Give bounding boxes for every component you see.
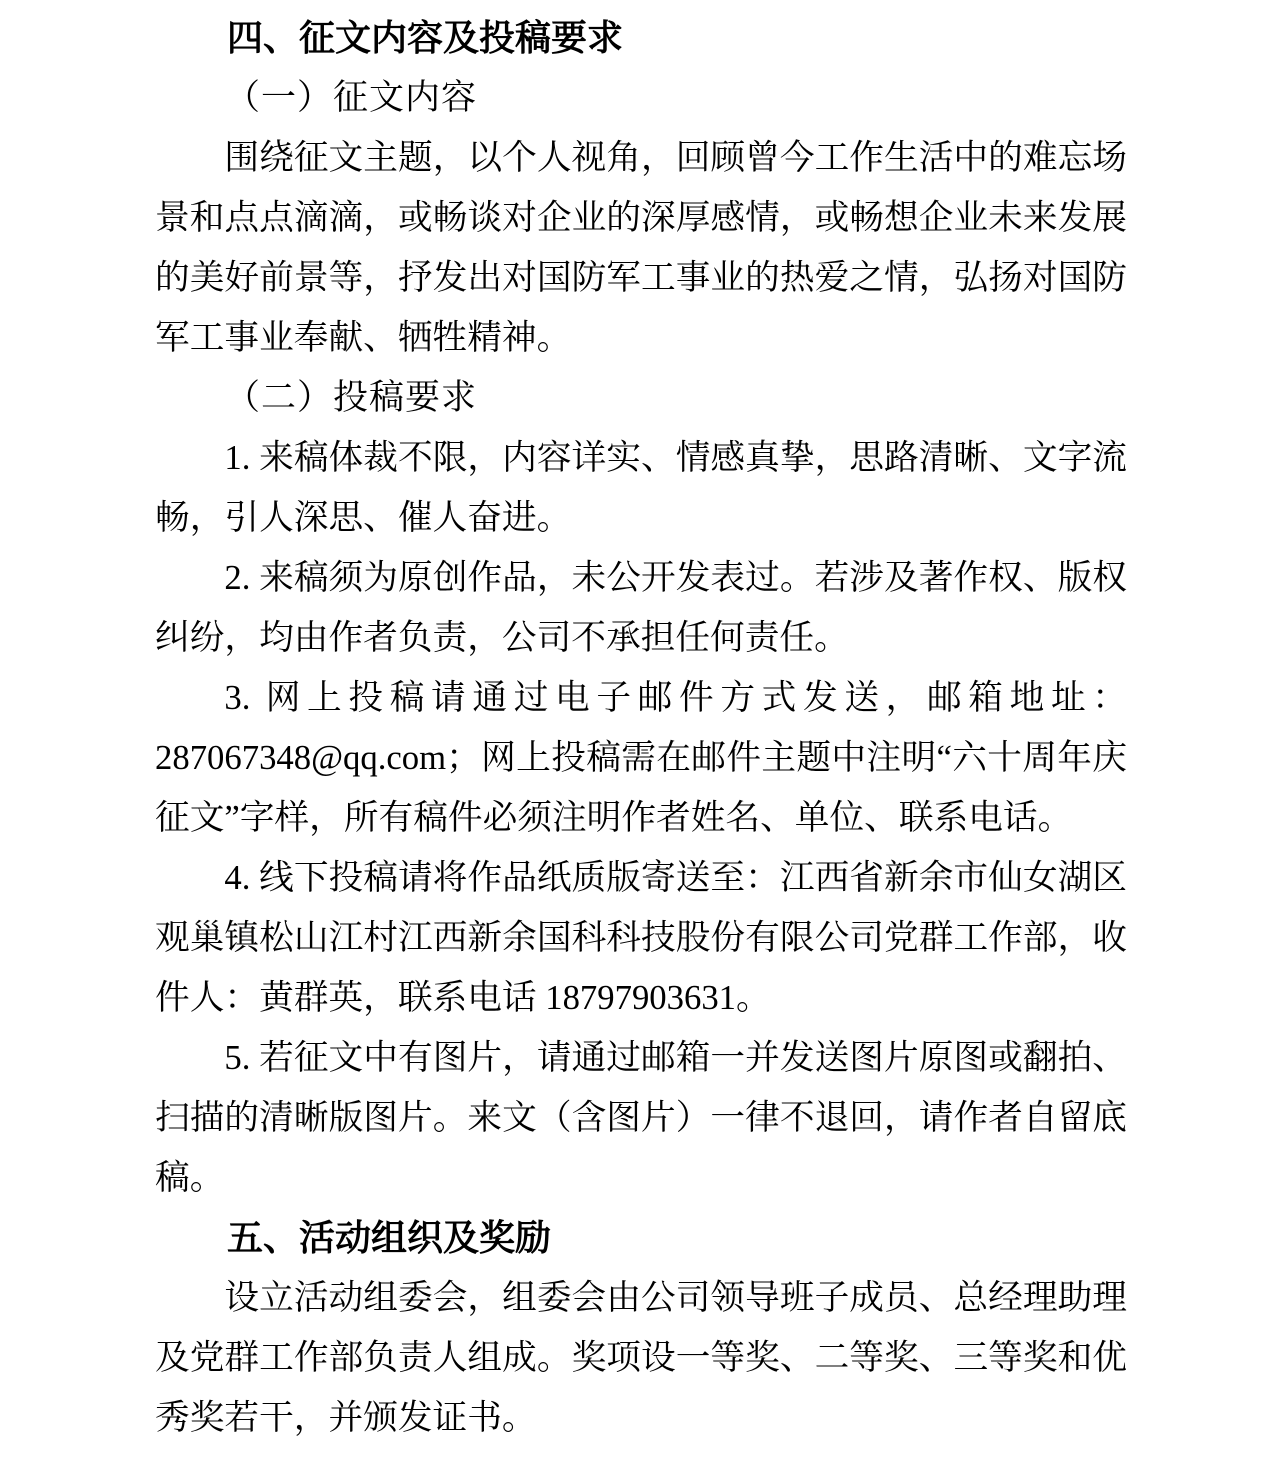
submission-item-2: 2. 来稿须为原创作品，未公开发表过。若涉及著作权、版权纠纷，均由作者负责，公司… [155,548,1127,668]
subsection-heading-submission-requirements: （二）投稿要求 [155,368,1127,428]
submission-item-3-email: 3. 网上投稿请通过电子邮件方式发送，邮箱地址：287067348@qq.com… [155,668,1127,848]
submission-item-1: 1. 来稿体裁不限，内容详实、情感真挚，思路清晰、文字流畅，引人深思、催人奋进。 [155,428,1127,548]
submission-item-4-mail-address: 4. 线下投稿请将作品纸质版寄送至：江西省新余市仙女湖区观巢镇松山江村江西新余国… [155,848,1127,1028]
subsection-heading-essay-content: （一）征文内容 [155,68,1127,128]
submission-item-5-images: 5. 若征文中有图片，请通过邮箱一并发送图片原图或翻拍、扫描的清晰版图片。来文（… [155,1028,1127,1208]
document-page: 四、征文内容及投稿要求 （一）征文内容 围绕征文主题，以个人视角，回顾曾今工作生… [0,0,1282,1470]
paragraph-essay-content: 围绕征文主题，以个人视角，回顾曾今工作生活中的难忘场景和点点滴滴，或畅谈对企业的… [155,128,1127,368]
paragraph-organization-awards: 设立活动组委会，组委会由公司领导班子成员、总经理助理及党群工作部负责人组成。奖项… [155,1268,1127,1448]
section-heading-5: 五、活动组织及奖励 [155,1208,1127,1268]
section-heading-4: 四、征文内容及投稿要求 [155,8,1127,68]
